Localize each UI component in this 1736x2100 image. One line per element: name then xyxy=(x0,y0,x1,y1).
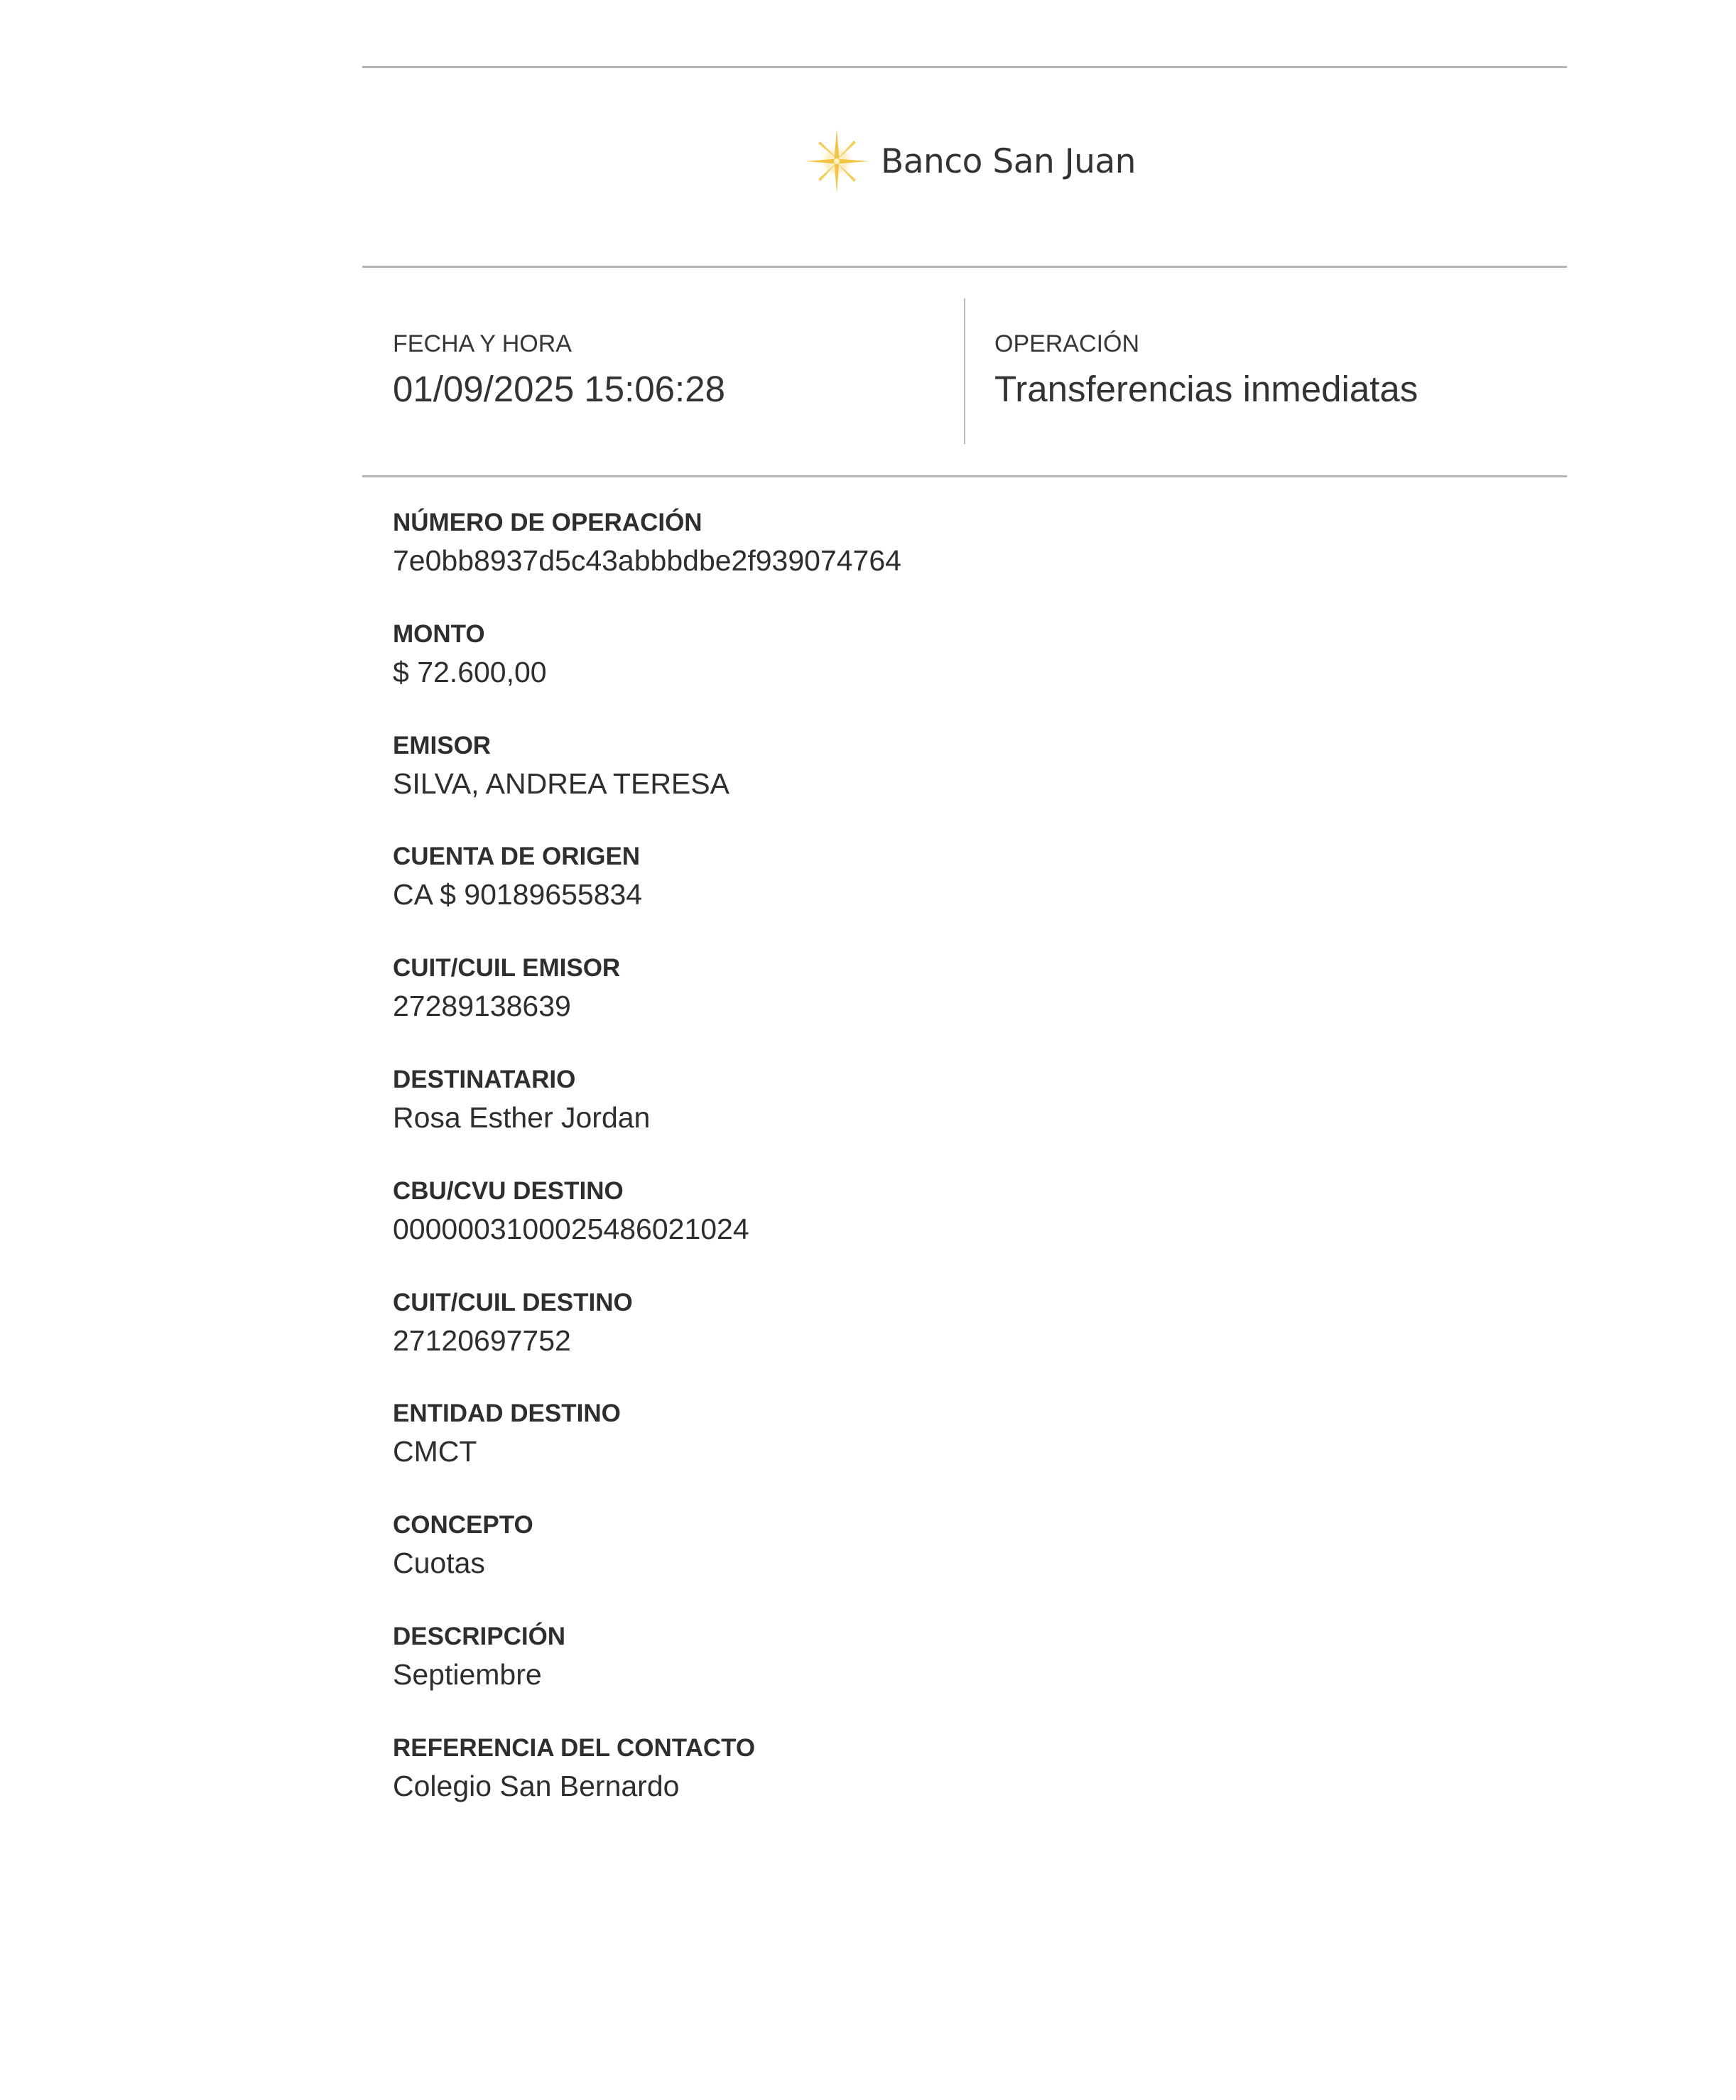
detail-destination-entity: ENTIDAD DESTINO CMCT xyxy=(393,1398,1529,1510)
detail-concept: CONCEPTO Cuotas xyxy=(393,1510,1529,1621)
detail-value: 27120697752 xyxy=(393,1323,1529,1358)
detail-value: 0000003100025486021024 xyxy=(393,1211,1529,1247)
detail-recipient-cuit: CUIT/CUIL DESTINO 27120697752 xyxy=(393,1287,1529,1399)
detail-amount: MONTO $ 72.600,00 xyxy=(393,619,1529,730)
detail-value: Rosa Esther Jordan xyxy=(393,1100,1529,1135)
detail-value: 7e0bb8937d5c43abbbdbe2f939074764 xyxy=(393,543,1529,578)
detail-label: REFERENCIA DEL CONTACTO xyxy=(393,1733,1529,1764)
detail-label: DESTINATARIO xyxy=(393,1064,1529,1095)
detail-label: NÚMERO DE OPERACIÓN xyxy=(393,507,1529,538)
detail-label: CUIT/CUIL DESTINO xyxy=(393,1287,1529,1319)
detail-label: MONTO xyxy=(393,619,1529,650)
detail-label: EMISOR xyxy=(393,730,1529,762)
date-time-block: FECHA Y HORA 01/09/2025 15:06:28 xyxy=(393,328,725,411)
detail-value: Cuotas xyxy=(393,1545,1529,1581)
detail-value: Septiembre xyxy=(393,1657,1529,1692)
detail-destination-cbu: CBU/CVU DESTINO 0000003100025486021024 xyxy=(393,1176,1529,1287)
date-time-value: 01/09/2025 15:06:28 xyxy=(393,368,725,411)
bank-logo: Banco San Juan xyxy=(801,121,1136,199)
date-time-label: FECHA Y HORA xyxy=(393,328,725,359)
top-divider xyxy=(362,66,1567,68)
operation-type-value: Transferencias inmediatas xyxy=(994,368,1418,411)
detail-label: DESCRIPCIÓN xyxy=(393,1621,1529,1652)
detail-value: SILVA, ANDREA TERESA xyxy=(393,766,1529,801)
detail-value: 27289138639 xyxy=(393,988,1529,1024)
bank-name: Banco San Juan xyxy=(881,142,1136,181)
gold-compass-star-icon xyxy=(801,124,872,195)
detail-value: Colegio San Bernardo xyxy=(393,1768,1529,1804)
summary-divider xyxy=(362,475,1567,477)
operation-type-label: OPERACIÓN xyxy=(994,328,1418,359)
detail-operation-number: NÚMERO DE OPERACIÓN 7e0bb8937d5c43abbbdb… xyxy=(393,507,1529,619)
detail-source-account: CUENTA DE ORIGEN CA $ 90189655834 xyxy=(393,841,1529,953)
detail-value: $ 72.600,00 xyxy=(393,654,1529,690)
detail-sender-cuit: CUIT/CUIL EMISOR 27289138639 xyxy=(393,953,1529,1064)
detail-sender: EMISOR SILVA, ANDREA TERESA xyxy=(393,730,1529,842)
detail-label: CUENTA DE ORIGEN xyxy=(393,841,1529,872)
detail-label: CONCEPTO xyxy=(393,1510,1529,1541)
detail-label: ENTIDAD DESTINO xyxy=(393,1398,1529,1429)
detail-label: CUIT/CUIL EMISOR xyxy=(393,953,1529,984)
operation-type-block: OPERACIÓN Transferencias inmediatas xyxy=(994,328,1418,411)
summary-vertical-divider xyxy=(964,298,965,444)
detail-description: DESCRIPCIÓN Septiembre xyxy=(393,1621,1529,1733)
detail-value: CA $ 90189655834 xyxy=(393,877,1529,912)
detail-label: CBU/CVU DESTINO xyxy=(393,1176,1529,1207)
detail-recipient: DESTINATARIO Rosa Esther Jordan xyxy=(393,1064,1529,1176)
detail-contact-reference: REFERENCIA DEL CONTACTO Colegio San Bern… xyxy=(393,1733,1529,1844)
logo-divider xyxy=(362,266,1567,268)
detail-value: CMCT xyxy=(393,1434,1529,1469)
transfer-details-list: NÚMERO DE OPERACIÓN 7e0bb8937d5c43abbbdb… xyxy=(393,507,1529,1844)
